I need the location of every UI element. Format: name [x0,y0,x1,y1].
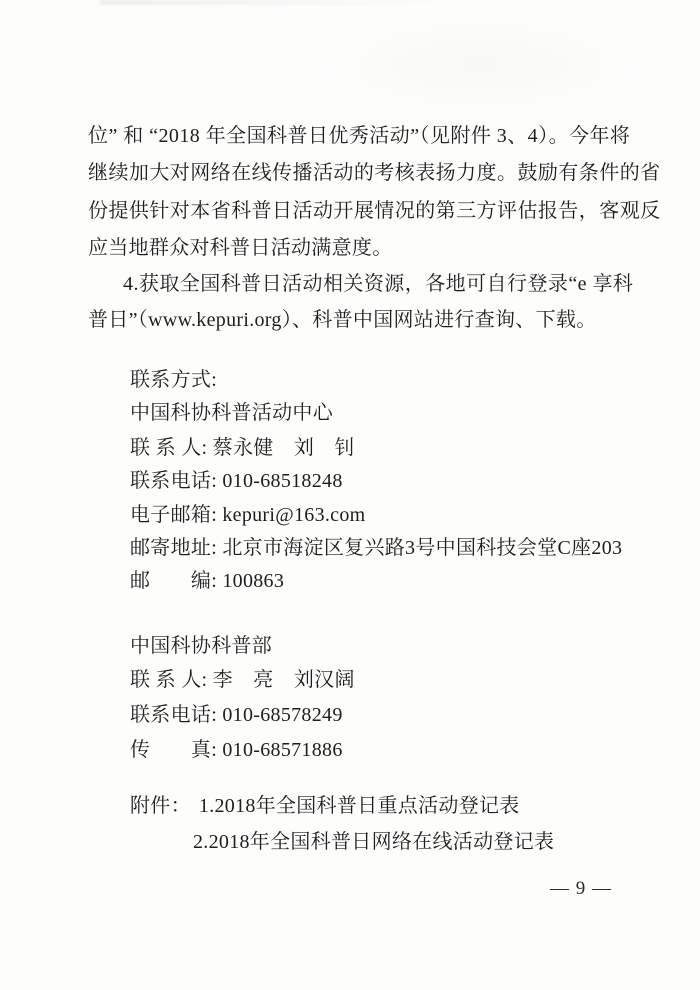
body-paragraph-line: 位” 和 “2018 年全国科普日优秀活动”（见附件 3、4）。今年将 [88,124,614,148]
contact-postcode-line: 邮 编: 100863 [130,569,284,593]
contact-phone-line: 联系电话: 010-68578249 [130,703,343,727]
page-number: — 9 — [550,878,612,900]
body-paragraph-line: 普日”（www.kepuri.org）、科普中国网站进行查询、下载。 [88,308,614,332]
body-paragraph-line: 应当地群众对科普日活动满意度。 [88,236,614,260]
contact-org-name: 中国科协科普活动中心 [130,401,333,425]
body-paragraph-line: 份提供针对本省科普日活动开展情况的第三方评估报告，客观反 [88,199,614,223]
document-page: 位” 和 “2018 年全国科普日优秀活动”（见附件 3、4）。今年将 继续加大… [0,0,700,990]
scan-artifact-smudge [300,10,660,120]
scan-artifact-streak [100,0,480,5]
body-paragraph-line: 4.获取全国科普日活动相关资源，各地可自行登录“e 享科 [123,272,649,296]
contact-person-line: 联 系 人: 蔡永健 刘 钊 [130,436,355,460]
body-paragraph-line: 继续加大对网络在线传播活动的考核表扬力度。鼓励有条件的省 [88,161,614,185]
attachment-item: 1.2018年全国科普日重点活动登记表 [199,794,520,818]
contact-phone-line: 联系电话: 010-68518248 [130,469,343,493]
contact-org-name: 中国科协科普部 [130,634,272,658]
attachment-row: 附件： 1.2018年全国科普日重点活动登记表 [130,794,520,818]
attachments-label: 附件： [130,794,191,818]
contact-fax-line: 传 真: 010-68571886 [130,738,343,762]
contact-address-line: 邮寄地址: 北京市海淀区复兴路3号中国科技会堂C座203 [130,536,622,560]
contact-person-line: 联 系 人: 李 亮 刘汉阔 [130,668,355,692]
contact-method-heading: 联系方式: [130,368,217,392]
attachment-item: 2.2018年全国科普日网络在线活动登记表 [193,830,554,854]
contact-email-line: 电子邮箱: kepuri@163.com [130,503,366,527]
